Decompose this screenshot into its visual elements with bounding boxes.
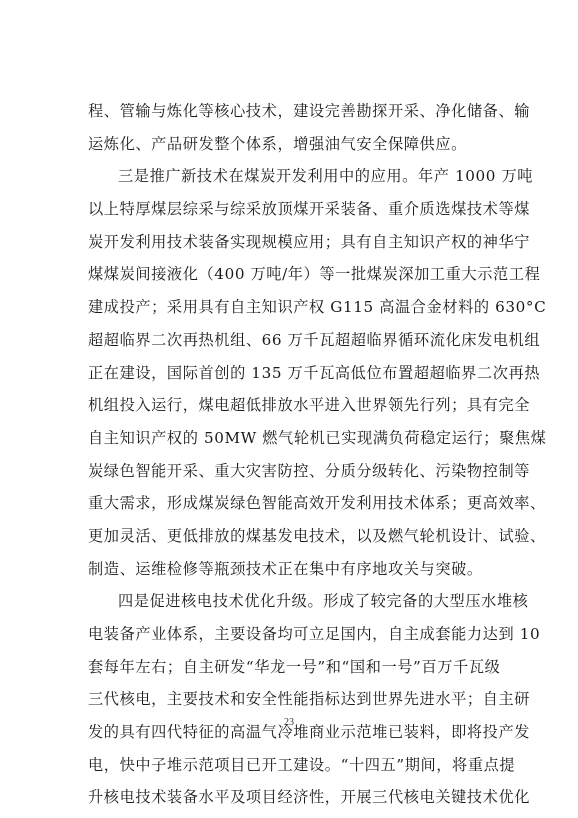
text-line: 升核电技术装备水平及项目经济性，开展三代核电关键技术优化 bbox=[88, 781, 498, 814]
text-line: 电，快中子堆示范项目已开工建设。“十四五”期间，将重点提 bbox=[88, 749, 498, 782]
text-line: 正在建设，国际首创的 135 万千瓦高低位布置超超临界二次再热 bbox=[88, 357, 498, 390]
text-line: 重大需求，形成煤炭绿色智能高效开发利用技术体系；更高效率、 bbox=[88, 487, 498, 520]
document-page: 程、管输与炼化等核心技术，建设完善勘探开采、净化储备、输 运炼化、产品研发整个体… bbox=[0, 0, 578, 818]
text-line: 超超临界二次再热机组、66 万千瓦超超临界循环流化床发电机组 bbox=[88, 324, 498, 357]
text-line: 煤煤炭间接液化（400 万吨/年）等一批煤炭深加工重大示范工程 bbox=[88, 258, 498, 291]
text-line: 更加灵活、更低排放的煤基发电技术，以及燃气轮机设计、试验、 bbox=[88, 520, 498, 553]
text-line: 制造、运维检修等瓶颈技术正在集中有序地攻关与突破。 bbox=[88, 553, 498, 586]
text-line: 三代核电，主要技术和安全性能指标达到世界先进水平；自主研 bbox=[88, 683, 498, 716]
text-line: 建成投产；采用具有自主知识产权 G115 高温合金材料的 630°C bbox=[88, 291, 498, 324]
paragraph-heading-line: 三是推广新技术在煤炭开发利用中的应用。年产 1000 万吨 bbox=[88, 160, 498, 193]
text-line: 运炼化、产品研发整个体系，增强油气安全保障供应。 bbox=[88, 128, 498, 161]
text-line: 炭开发利用技术装备实现规模应用；具有自主知识产权的神华宁 bbox=[88, 226, 498, 259]
text-line: 机组投入运行，煤电超低排放水平进入世界领先行列；具有完全 bbox=[88, 389, 498, 422]
page-number: 23 bbox=[0, 717, 578, 728]
paragraph-heading-line: 四是促进核电技术优化升级。形成了较完备的大型压水堆核 bbox=[88, 585, 498, 618]
text-line: 炭绿色智能开采、重大灾害防控、分质分级转化、污染物控制等 bbox=[88, 455, 498, 488]
body-text: 程、管输与炼化等核心技术，建设完善勘探开采、净化储备、输 运炼化、产品研发整个体… bbox=[88, 95, 498, 814]
text-line: 程、管输与炼化等核心技术，建设完善勘探开采、净化储备、输 bbox=[88, 95, 498, 128]
text-line: 电装备产业体系，主要设备均可立足国内，自主成套能力达到 10 bbox=[88, 618, 498, 651]
text-line: 套每年左右；自主研发“华龙一号”和“国和一号”百万千瓦级 bbox=[88, 651, 498, 684]
text-line: 自主知识产权的 50MW 燃气轮机已实现满负荷稳定运行；聚焦煤 bbox=[88, 422, 498, 455]
text-line: 以上特厚煤层综采与综采放顶煤开采装备、重介质选煤技术等煤 bbox=[88, 193, 498, 226]
